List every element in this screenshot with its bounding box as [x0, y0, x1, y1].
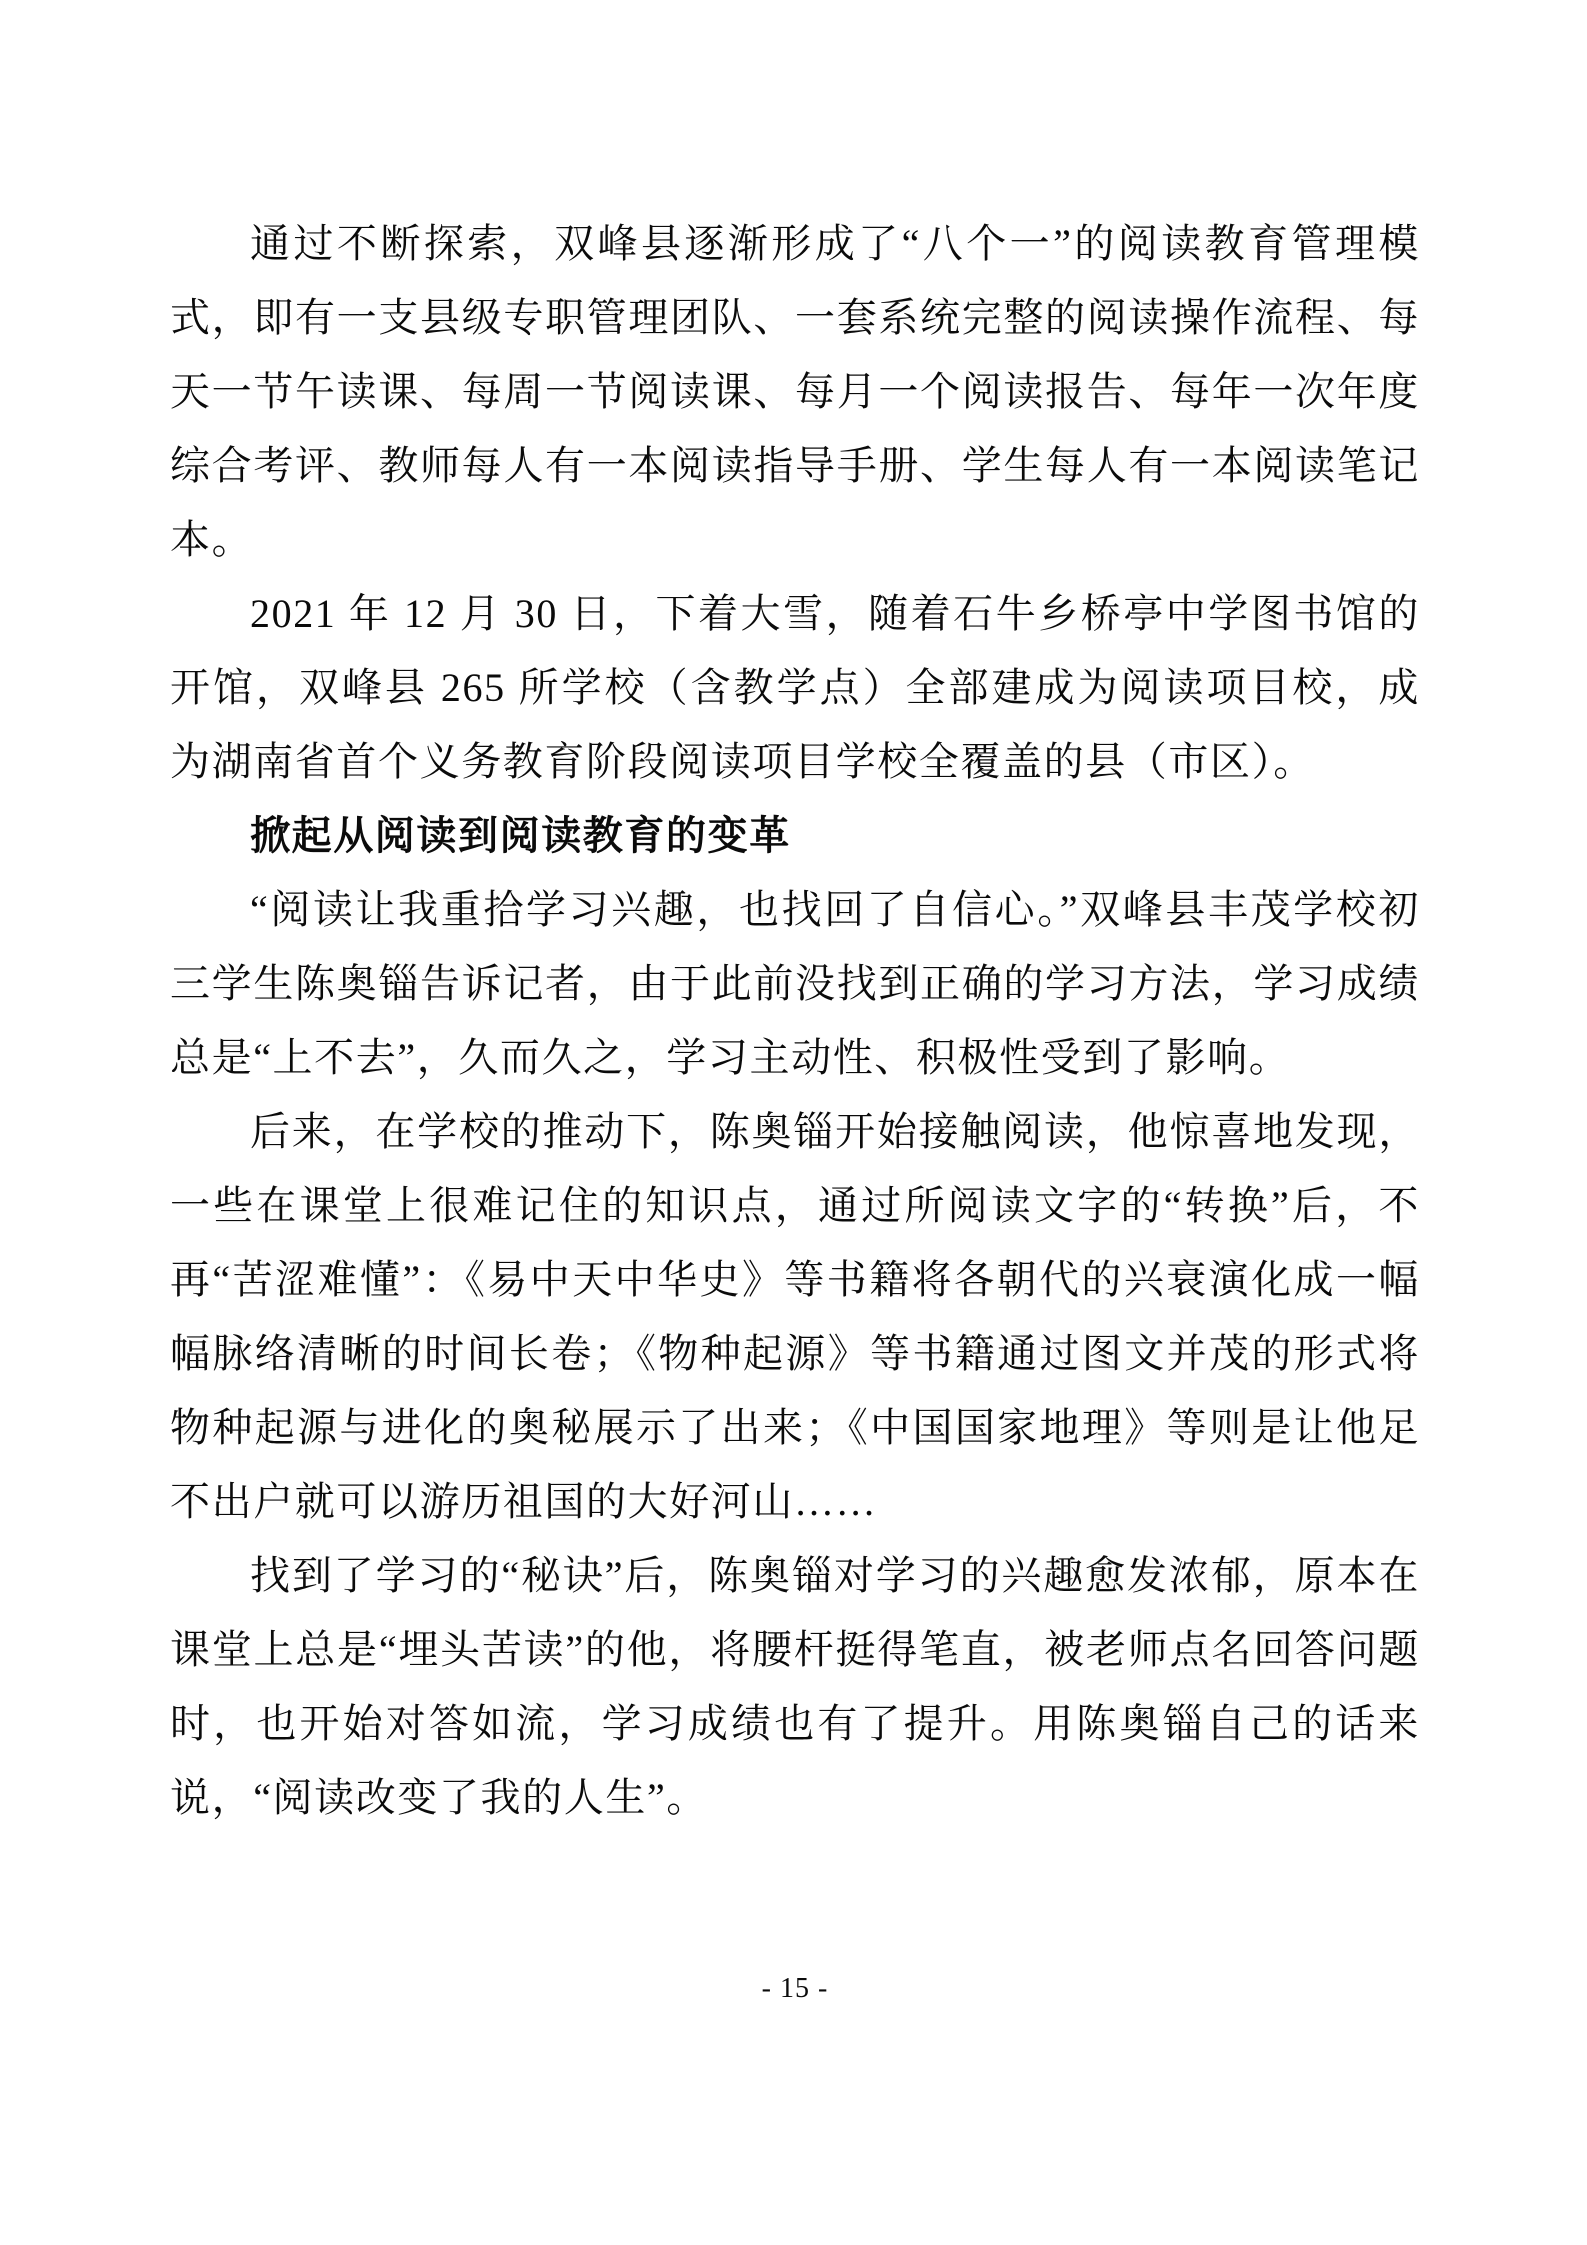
paragraph-reading-discovery: 后来，在学校的推动下，陈奥锱开始接触阅读，他惊喜地发现，一些在课堂上很难记住的知… [170, 1095, 1420, 1539]
paragraph-reading-management-model: 通过不断探索，双峰县逐渐形成了“八个一”的阅读教育管理模式，即有一支县级专职管理… [170, 207, 1420, 577]
document-page: 通过不断探索，双峰县逐渐形成了“八个一”的阅读教育管理模式，即有一支县级专职管理… [0, 0, 1587, 2245]
paragraph-student-quote: “阅读让我重拾学习兴趣，也找回了自信心。”双峰县丰茂学校初三学生陈奥锱告诉记者，… [170, 873, 1420, 1095]
text-block: 通过不断探索，双峰县逐渐形成了“八个一”的阅读教育管理模式，即有一支县级专职管理… [170, 207, 1420, 1835]
paragraph-library-opening: 2021 年 12 月 30 日，下着大雪，随着石牛乡桥亭中学图书馆的开馆，双峰… [170, 577, 1420, 799]
page-number: - 15 - [170, 1972, 1420, 2006]
paragraph-learning-secret: 找到了学习的“秘诀”后，陈奥锱对学习的兴趣愈发浓郁，原本在课堂上总是“埋头苦读”… [170, 1539, 1420, 1835]
section-heading: 掀起从阅读到阅读教育的变革 [170, 799, 1420, 873]
